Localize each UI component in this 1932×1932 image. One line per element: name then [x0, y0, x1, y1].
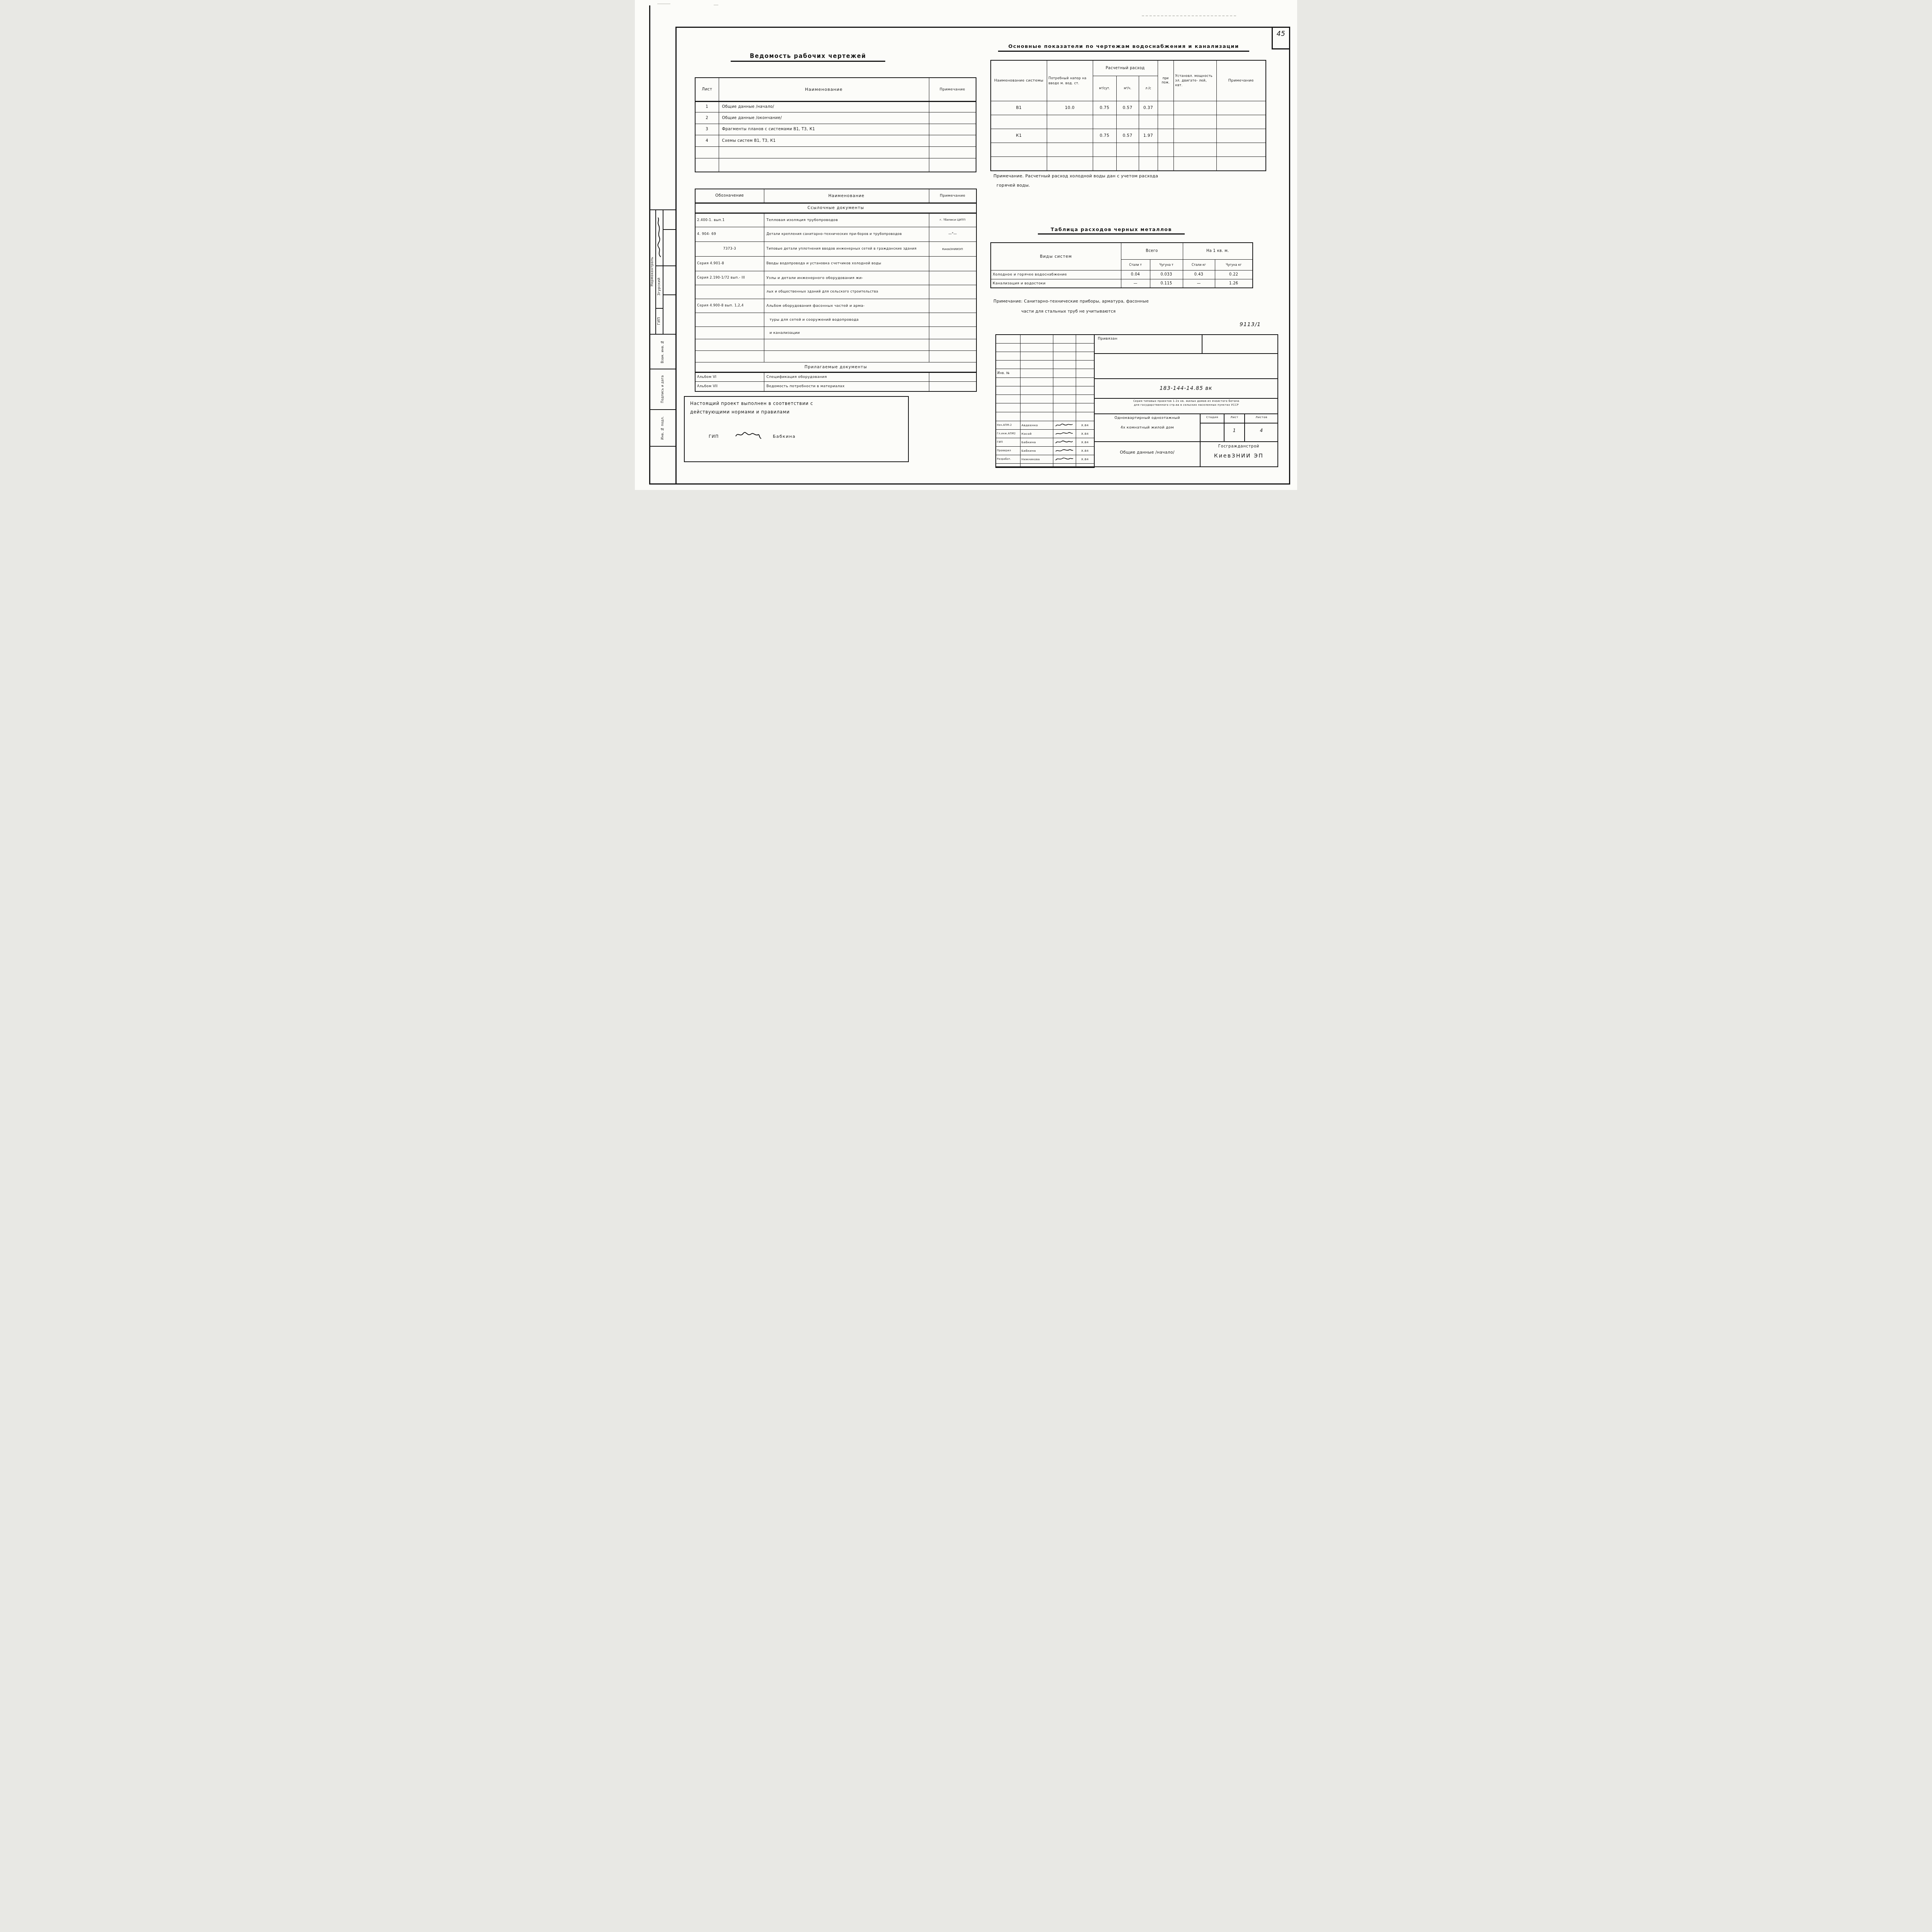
- refdocs-cell-note: [929, 299, 976, 313]
- staff-row: Проверил Бабкина Х.84: [996, 446, 1094, 455]
- indicators-cell-head: 10.0: [1047, 101, 1093, 115]
- grid-row: [996, 352, 1094, 360]
- frame-left-inner: [675, 27, 677, 484]
- indicators-cell-ls: 1.97: [1139, 129, 1158, 143]
- sidebar-divider: [649, 446, 676, 447]
- refdocs-cell-note: —"—: [929, 227, 976, 241]
- refdocs-header-name: Наименование: [764, 189, 929, 203]
- staff-signature: [1053, 446, 1076, 455]
- indicators-cell-note: [1216, 143, 1266, 156]
- grid-cell: [1076, 412, 1094, 421]
- sidebar-label-podpis-data: Подпись и дата: [649, 369, 675, 409]
- refdocs-cell-note: [929, 339, 976, 350]
- staff-signature: [1053, 455, 1076, 463]
- refdocs-row: Серия 4.901-8 Вводы водопровода и устано…: [695, 256, 976, 271]
- indicators-cell-note: [1216, 115, 1266, 129]
- worklist-cell-name: Общие данные /начало/: [719, 101, 929, 112]
- indicators-cell-hour: 0.57: [1116, 129, 1139, 143]
- grid-cell: [996, 386, 1020, 395]
- metals-cell-steel-kg: —: [1183, 279, 1215, 288]
- titleblock-object-line1: Одноквартирный одноэтажный: [1095, 416, 1200, 420]
- indicators-cell-system: [991, 156, 1047, 171]
- titleblock-series-line2: для государственного стр-ва в сельских н…: [1095, 403, 1277, 406]
- worklist-row: 3 Фрагменты планов с системами В1, Т3, К…: [695, 124, 976, 135]
- indicators-cell-fire: [1158, 129, 1173, 143]
- worklist-row: 4 Схемы систем В1, Т3, К1: [695, 135, 976, 146]
- frame-bottom: [649, 483, 1290, 485]
- metals-header-iron-t: Чугуна т: [1150, 259, 1183, 270]
- refdocs-cell-name: Ведомость потребности в материалах: [764, 381, 929, 391]
- indicators-cell-power: [1173, 143, 1216, 156]
- refdocs-cell-name: [764, 350, 929, 362]
- metals-note-line1: Примечание: Санитарно-технические прибор…: [993, 299, 1149, 304]
- worklist-cell-note: [929, 158, 976, 172]
- grid-cell: [1020, 378, 1053, 386]
- staff-role: Разработ.: [996, 455, 1020, 463]
- refdocs-cell-code: Серия 4.901-8: [695, 256, 764, 271]
- grid-cell: [1076, 395, 1094, 403]
- metals-cell-iron-kg: 1.26: [1215, 279, 1253, 288]
- indicators-cell-hour: [1116, 115, 1139, 129]
- grid-row: [996, 403, 1094, 412]
- indicators-header-hour: м³/ч.: [1116, 76, 1139, 101]
- page-number: 45: [1272, 30, 1289, 38]
- refdocs-cell-code: [695, 285, 764, 299]
- statement-line1: Настоящий проект выполнен в соответствии…: [690, 401, 813, 406]
- grid-cell: [1020, 369, 1053, 378]
- grid-cell: [996, 343, 1020, 352]
- titleblock-sheet-value: 1: [1225, 428, 1244, 433]
- metals-header-total: Всего: [1121, 243, 1183, 259]
- tb-line: [1095, 378, 1278, 379]
- refdocs-row: Серия 4.900-8 вып. 1,2,4 Альбом оборудов…: [695, 299, 976, 313]
- grid-cell: [1053, 463, 1076, 468]
- worklist-cell-num: 1: [695, 101, 719, 112]
- staff-signature: [1053, 421, 1076, 429]
- refdocs-header-row: Обозначение Наименование Примечание: [695, 189, 976, 203]
- indicators-header-row1: Наименование системы Потребный напор на …: [991, 60, 1266, 76]
- refdocs-cell-code: Серия 4.900-8 вып. 1,2,4: [695, 299, 764, 313]
- grid-cell: [1076, 378, 1094, 386]
- worklist-cell-name: Общие данные /окончание/: [719, 112, 929, 124]
- tb-line: [1095, 441, 1278, 442]
- refdocs-cell-note: [929, 327, 976, 339]
- grid-cell: [1053, 412, 1076, 421]
- grid-cell: [1020, 360, 1053, 369]
- title-block: Инв. № Нач.АПМ-2 Авдеенко Х.84 Гл.инж.АП…: [995, 334, 1278, 467]
- staff-role: Проверил: [996, 446, 1020, 455]
- worklist-header-name: Наименование: [719, 78, 929, 101]
- staff-row: Гл.инж.АПМ2 Косой Х.84: [996, 429, 1094, 438]
- grid-row: [996, 412, 1094, 421]
- grid-cell: [1053, 360, 1076, 369]
- refdocs-row: лых и общественных зданий для сельского …: [695, 285, 976, 299]
- titleblock-sheets-label: Листов: [1245, 415, 1278, 419]
- indicators-row: [991, 143, 1266, 156]
- statement-line2: действующими нормами и правилами: [690, 409, 790, 415]
- grid-row: Инв. №: [996, 369, 1094, 378]
- titleblock-sheet-label: Лист: [1225, 415, 1244, 419]
- grid-cell: [1076, 463, 1094, 468]
- titleblock-privyazan: Привязан: [1098, 337, 1117, 341]
- indicators-header-system: Наименование системы: [991, 60, 1047, 101]
- tb-line: [1095, 398, 1278, 399]
- refdocs-row: и канализации: [695, 327, 976, 339]
- grid-cell: [1053, 335, 1076, 343]
- indicators-cell-day: 0.75: [1093, 101, 1116, 115]
- refdocs-cell-code: 4. 904- 69: [695, 227, 764, 241]
- worklist-title: Ведомость рабочих чертежей: [731, 53, 885, 62]
- indicators-header-ls: л /с: [1139, 76, 1158, 101]
- refdocs-cell-name: Вводы водопровода и установка счетчиков …: [764, 256, 929, 271]
- refdocs-cell-code: Серия 2.190-1/72 вып.- III: [695, 271, 764, 285]
- statement-name: Бабкина: [773, 434, 796, 439]
- refdocs-cell-code: [695, 339, 764, 350]
- tb-line: [1200, 423, 1278, 423]
- grid-row: [996, 335, 1094, 343]
- indicators-cell-hour: 0.57: [1116, 101, 1139, 115]
- refdocs-cell-name: [764, 339, 929, 350]
- refdocs-cell-name: Детали крепления санитарно-технических п…: [764, 227, 929, 241]
- worklist-row: [695, 158, 976, 172]
- sidebar-label-vzam-inv: Взам. инв. №: [649, 335, 675, 369]
- titleblock-object-line2: 4х комнатный жилой дом: [1095, 425, 1200, 430]
- scan-artifact: [657, 3, 670, 4]
- indicators-cell-fire: [1158, 101, 1173, 115]
- staff-name: Косой: [1020, 429, 1053, 438]
- grid-cell: [1076, 352, 1094, 360]
- refdocs-table: Обозначение Наименование Примечание Ссыл…: [695, 189, 977, 392]
- titleblock-org-line1: Госгражданстрой: [1200, 444, 1278, 449]
- worklist-header-sheet: Лист: [695, 78, 719, 101]
- indicators-cell-system: В1: [991, 101, 1047, 115]
- indicators-cell-head: [1047, 115, 1093, 129]
- refdocs-row: Альбом VII Ведомость потребности в матер…: [695, 381, 976, 391]
- refdocs-cell-note: [929, 285, 976, 299]
- grid-cell: [1020, 343, 1053, 352]
- drawing-sheet: 45 Нормоконтроль Згурский ГИП Взам. инв.…: [635, 0, 1297, 490]
- grid-cell: [1053, 369, 1076, 378]
- grid-row: [996, 395, 1094, 403]
- grid-row: [996, 360, 1094, 369]
- indicators-cell-head: [1047, 143, 1093, 156]
- sidebar-label-zgursky: Згурский: [655, 265, 663, 308]
- staff-name: Бабкина: [1020, 438, 1053, 446]
- metals-cell-steel-t: —: [1121, 279, 1150, 288]
- metals-header-row1: Виды систем Всего На 1 кв. м.: [991, 243, 1253, 259]
- metals-cell-name: Канализация и водостоки: [991, 279, 1121, 288]
- refdocs-cell-code: Альбом VI: [695, 372, 764, 381]
- worklist-cell-num: [695, 146, 719, 158]
- indicators-header-flow: Расчетный расход: [1093, 60, 1158, 76]
- indicators-cell-power: [1173, 129, 1216, 143]
- grid-cell: [1020, 412, 1053, 421]
- refdocs-row: [695, 350, 976, 362]
- statement-role: ГИП: [709, 434, 719, 439]
- worklist-header-row: Лист Наименование Примечание: [695, 78, 976, 101]
- grid-cell: [1020, 463, 1053, 468]
- titleblock-doc-number: 183-144-14.85 вк: [1160, 385, 1212, 391]
- indicators-header-fire: при пож.: [1158, 60, 1173, 101]
- metals-header-steel-kg: Стали кг: [1183, 259, 1215, 270]
- metals-header-per: На 1 кв. м.: [1183, 243, 1253, 259]
- indicators-cell-note: [1216, 156, 1266, 171]
- indicators-note-line1: Примечание. Расчетный расход холодной во…: [993, 173, 1158, 179]
- worklist-cell-name: Фрагменты планов с системами В1, Т3, К1: [719, 124, 929, 135]
- staff-name: Авдеенко: [1020, 421, 1053, 429]
- worklist-cell-note: [929, 124, 976, 135]
- indicators-note-line2: горячей воды.: [997, 183, 1030, 188]
- refdocs-header-note: Примечание: [929, 189, 976, 203]
- staff-date: Х.84: [1076, 438, 1094, 446]
- staff-date: Х.84: [1076, 455, 1094, 463]
- staff-name: Бабкина: [1020, 446, 1053, 455]
- tb-line: [1095, 413, 1278, 414]
- indicators-cell-day: 0.75: [1093, 129, 1116, 143]
- grid-cell: [996, 412, 1020, 421]
- titleblock-sheets-value: 4: [1245, 428, 1278, 433]
- grid-cell: [1053, 378, 1076, 386]
- sidebar-grid-line: [663, 209, 663, 334]
- worklist-cell-num: 3: [695, 124, 719, 135]
- indicators-cell-ls: [1139, 143, 1158, 156]
- worklist-cell-name: [719, 146, 929, 158]
- grid-cell: [1076, 386, 1094, 395]
- refdocs-cell-name: Спецификация оборудования: [764, 372, 929, 381]
- worklist-cell-note: [929, 135, 976, 146]
- grid-cell: [1020, 335, 1053, 343]
- indicators-cell-note: [1216, 101, 1266, 115]
- refdocs-row: Альбом VI Спецификация оборудования: [695, 372, 976, 381]
- titleblock-series-line1: Серия типовых проектов 1-2х кв. жилых до…: [1095, 400, 1277, 403]
- grid-cell: [996, 403, 1020, 412]
- refdocs-cell-name: Узлы и детали инженерного оборудования ж…: [764, 271, 929, 285]
- refdocs-cell-name: Альбом оборудования фасонных частей и ар…: [764, 299, 929, 313]
- indicators-cell-power: [1173, 156, 1216, 171]
- worklist-cell-note: [929, 101, 976, 112]
- refdocs-row: [695, 339, 976, 350]
- indicators-cell-fire: [1158, 115, 1173, 129]
- grid-cell: [996, 352, 1020, 360]
- worklist-table: Лист Наименование Примечание 1 Общие дан…: [695, 77, 976, 172]
- grid-row: [996, 378, 1094, 386]
- grid-cell: [996, 395, 1020, 403]
- refdocs-cell-code: 2.400-1. вып.1: [695, 213, 764, 227]
- refdocs-cell-note: [929, 372, 976, 381]
- indicators-cell-hour: [1116, 143, 1139, 156]
- worklist-cell-num: 2: [695, 112, 719, 124]
- indicators-cell-hour: [1116, 156, 1139, 171]
- staff-role: ГИП: [996, 438, 1020, 446]
- metals-table: Виды систем Всего На 1 кв. м. Стали т Чу…: [990, 242, 1253, 288]
- titleblock-sheet-title: Общие данные /начало/: [1095, 450, 1200, 455]
- sidebar-grid-line: [663, 229, 676, 230]
- indicators-cell-ls: 0.37: [1139, 101, 1158, 115]
- statement-box: Настоящий проект выполнен в соответствии…: [684, 396, 909, 462]
- metals-note-line2: части для стальных труб не учитываются: [1021, 309, 1116, 314]
- indicators-cell-day: [1093, 156, 1116, 171]
- frame-top: [675, 27, 1290, 28]
- sidebar-label-gip: ГИП: [655, 308, 663, 334]
- grid-cell: [1076, 360, 1094, 369]
- signature: [656, 216, 662, 259]
- indicators-cell-ls: [1139, 156, 1158, 171]
- worklist-row: 1 Общие данные /начало/: [695, 101, 976, 112]
- staff-role: Гл.инж.АПМ2: [996, 429, 1020, 438]
- indicators-cell-system: К1: [991, 129, 1047, 143]
- refdocs-section-row: Ссылочные документы: [695, 203, 976, 213]
- signature: [734, 430, 764, 440]
- grid-row: [996, 386, 1094, 395]
- indicators-row: [991, 115, 1266, 129]
- refdocs-cell-name: лых и общественных зданий для сельского …: [764, 285, 929, 299]
- grid-cell: [996, 463, 1020, 468]
- grid-cell: [1053, 386, 1076, 395]
- refdocs-cell-name: Типовые детали уплотнения вводов инженер…: [764, 241, 929, 256]
- indicators-cell-power: [1173, 101, 1216, 115]
- grid-cell: [1076, 369, 1094, 378]
- metals-header-steel-t: Стали т: [1121, 259, 1150, 270]
- indicators-title: Основные показатели по чертежам водоснаб…: [998, 44, 1249, 52]
- indicators-cell-head: [1047, 156, 1093, 171]
- staff-signature: [1053, 438, 1076, 446]
- worklist-header-note: Примечание: [929, 78, 976, 101]
- metals-cell-steel-t: 0.04: [1121, 270, 1150, 279]
- titleblock-right: Привязан 183-144-14.85 вк Серия типовых …: [1095, 335, 1278, 467]
- worklist-cell-num: [695, 158, 719, 172]
- sidebar-grid-line: [663, 294, 676, 295]
- grid-cell: [1020, 352, 1053, 360]
- metals-header-iron-kg: Чугуна кг: [1215, 259, 1253, 270]
- metals-header-types: Виды систем: [991, 243, 1121, 270]
- sidebar-grid-line: [663, 265, 676, 266]
- metals-cell-iron-kg: 0.22: [1215, 270, 1253, 279]
- indicators-cell-head: [1047, 129, 1093, 143]
- indicators-header-head: Потребный напор на вводе м. вод. ст.: [1047, 60, 1093, 101]
- refdocs-cell-code: 7373-3: [695, 241, 764, 256]
- refdocs-row: 2.400-1. вып.1 Тепловая изоляция трубопр…: [695, 213, 976, 227]
- indicators-cell-power: [1173, 115, 1216, 129]
- refdocs-row: Серия 2.190-1/72 вып.- III Узлы и детали…: [695, 271, 976, 285]
- tb-line: [1095, 353, 1278, 354]
- refdocs-cell-name: и канализации: [764, 327, 929, 339]
- titleblock-inv-label: Инв. №: [996, 369, 1020, 378]
- refdocs-cell-code: Альбом VII: [695, 381, 764, 391]
- grid-cell: [1020, 403, 1053, 412]
- refdocs-section-row: Прилагаемые документы: [695, 362, 976, 372]
- refdocs-cell-note: [929, 256, 976, 271]
- scan-artifact: [1142, 15, 1236, 16]
- indicators-cell-note: [1216, 129, 1266, 143]
- refdocs-cell-note: КиевЗНИИЭП: [929, 241, 976, 256]
- grid-cell: [1053, 343, 1076, 352]
- grid-row: [996, 343, 1094, 352]
- indicators-cell-fire: [1158, 143, 1173, 156]
- refdocs-cell-name: Тепловая изоляция трубопроводов: [764, 213, 929, 227]
- grid-row: [996, 463, 1094, 468]
- refdocs-row: 7373-3 Типовые детали уплотнения вводов …: [695, 241, 976, 256]
- sidebar-label-normokontrol: Нормоконтроль: [649, 209, 655, 334]
- refdocs-cell-note: [929, 313, 976, 327]
- staff-role: Нач.АПМ-2: [996, 421, 1020, 429]
- staff-signature: [1053, 429, 1076, 438]
- titleblock-org-line2: КиевЗНИИ ЭП: [1200, 453, 1278, 459]
- staff-row: Разработ. Нижникова Х.84: [996, 455, 1094, 463]
- indicators-cell-system: [991, 143, 1047, 156]
- indicators-header-note: Примечание: [1216, 60, 1266, 101]
- indicators-row: В1 10.0 0.75 0.57 0.37: [991, 101, 1266, 115]
- indicators-table: Наименование системы Потребный напор на …: [990, 60, 1266, 171]
- refdocs-section1: Ссылочные документы: [695, 203, 976, 213]
- refdocs-cell-note: [929, 271, 976, 285]
- staff-date: Х.84: [1076, 446, 1094, 455]
- refdocs-row: туры для сетей и сооружений водопровода: [695, 313, 976, 327]
- grid-cell: [996, 378, 1020, 386]
- metals-cell-steel-kg: 0.43: [1183, 270, 1215, 279]
- indicators-header-power: Установл. мощность эл. двигате- лей, квт…: [1173, 60, 1216, 101]
- scan-artifact: [714, 5, 718, 5]
- refdocs-cell-note: г. Тбилиси ЦИТП: [929, 213, 976, 227]
- refdocs-row: 4. 904- 69 Детали крепления санитарно-те…: [695, 227, 976, 241]
- project-code: 9113/1: [1240, 321, 1261, 328]
- tb-line: [1202, 335, 1202, 353]
- grid-cell: [1053, 403, 1076, 412]
- indicators-cell-ls: [1139, 115, 1158, 129]
- staff-name: Нижникова: [1020, 455, 1053, 463]
- staff-date: Х.84: [1076, 429, 1094, 438]
- refdocs-cell-note: [929, 350, 976, 362]
- worklist-cell-num: 4: [695, 135, 719, 146]
- pagenum-box-bottom: [1272, 48, 1290, 49]
- indicators-row: К1 0.75 0.57 1.97: [991, 129, 1266, 143]
- indicators-header-day: м³/сут.: [1093, 76, 1116, 101]
- refdocs-cell-name: туры для сетей и сооружений водопровода: [764, 313, 929, 327]
- grid-cell: [1053, 352, 1076, 360]
- grid-cell: [1053, 395, 1076, 403]
- metals-cell-iron-t: 0.115: [1150, 279, 1183, 288]
- metals-row: Холодное и горячее водоснабжение 0.04 0.…: [991, 270, 1253, 279]
- refdocs-cell-code: [695, 350, 764, 362]
- indicators-cell-system: [991, 115, 1047, 129]
- grid-cell: [996, 360, 1020, 369]
- indicators-cell-day: [1093, 115, 1116, 129]
- metals-title: Таблица расходов черных металлов: [1038, 226, 1185, 235]
- worklist-row: [695, 146, 976, 158]
- staff-date: Х.84: [1076, 421, 1094, 429]
- indicators-cell-fire: [1158, 156, 1173, 171]
- refdocs-cell-note: [929, 381, 976, 391]
- grid-cell: [1076, 335, 1094, 343]
- grid-cell: [1020, 395, 1053, 403]
- sidebar-label-inv-podl: Инв. № подл.: [649, 410, 675, 446]
- worklist-row: 2 Общие данные /окончание/: [695, 112, 976, 124]
- indicators-row: [991, 156, 1266, 171]
- indicators-cell-day: [1093, 143, 1116, 156]
- grid-cell: [996, 335, 1020, 343]
- worklist-cell-name: Схемы систем В1, Т3, К1: [719, 135, 929, 146]
- worklist-cell-note: [929, 146, 976, 158]
- metals-row: Канализация и водостоки — 0.115 — 1.26: [991, 279, 1253, 288]
- refdocs-cell-code: [695, 327, 764, 339]
- metals-cell-iron-t: 0.033: [1150, 270, 1183, 279]
- titleblock-series: Серия типовых проектов 1-2х кв. жилых до…: [1095, 400, 1277, 406]
- titleblock-stage-label: Стадия: [1201, 415, 1224, 419]
- refdocs-header-code: Обозначение: [695, 189, 764, 203]
- staff-row: Нач.АПМ-2 Авдеенко Х.84: [996, 421, 1094, 429]
- worklist-cell-note: [929, 112, 976, 124]
- grid-cell: [1076, 403, 1094, 412]
- metals-cell-name: Холодное и горячее водоснабжение: [991, 270, 1121, 279]
